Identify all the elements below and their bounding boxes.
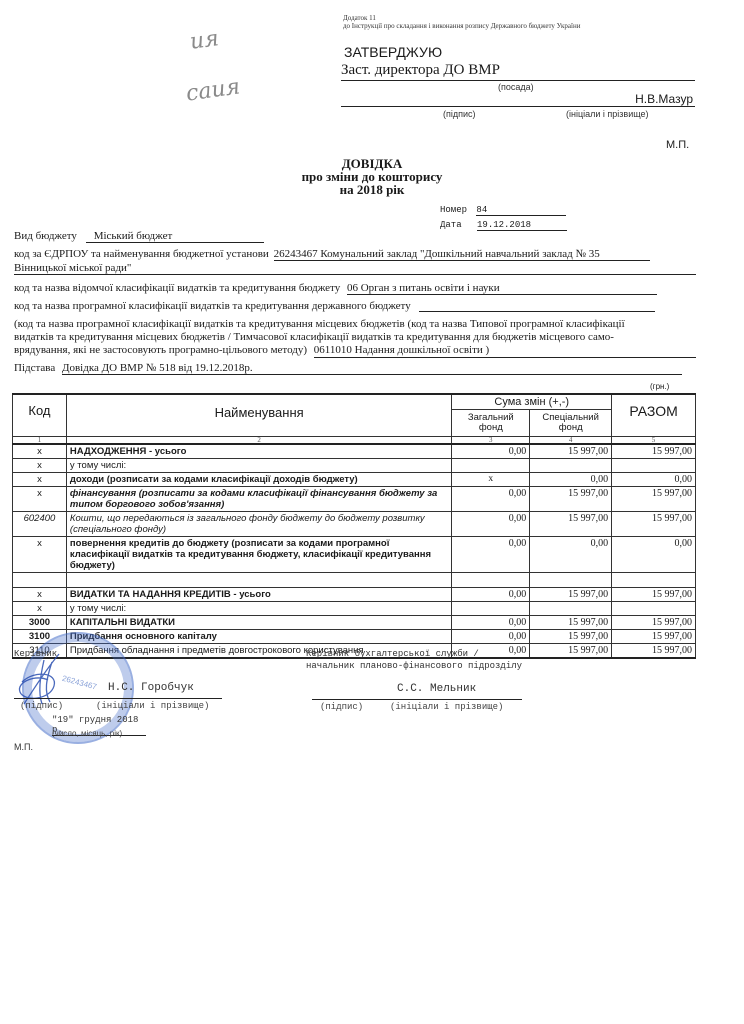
- row-special-fund: 15 997,00: [530, 444, 612, 459]
- budget-type-label: Вид бюджету: [14, 230, 77, 242]
- edrpou-field: код за ЄДРПОУ та найменування бюджетної …: [14, 248, 696, 261]
- seal-label: М.П.: [14, 742, 33, 752]
- name-caption: (ініціали і прізвище): [390, 702, 503, 712]
- row-general-fund: [452, 602, 530, 616]
- table-row: хНАДХОДЖЕННЯ - усього0,0015 997,0015 997…: [13, 444, 696, 459]
- table-row: хповернення кредитів до бюджету (розписа…: [13, 537, 696, 573]
- row-total: 15 997,00: [612, 512, 696, 537]
- row-name: НАДХОДЖЕННЯ - усього: [66, 444, 451, 459]
- row-name: Придбання основного капіталу: [66, 630, 451, 644]
- table-row: ху тому числі:: [13, 459, 696, 473]
- table-row: хдоходи (розписати за кодами класифікаці…: [13, 473, 696, 487]
- head-signature-line: Н.С. Горобчук: [14, 685, 222, 699]
- row-general-fund: 0,00: [452, 444, 530, 459]
- row-special-fund: 15 997,00: [530, 588, 612, 602]
- approval-position: Заст. директора ДО ВМР: [341, 62, 695, 81]
- accountant-label-line: Керівник бухгалтерської служби /: [306, 648, 522, 660]
- handwritten-note: саия: [185, 74, 242, 106]
- row-code: х: [13, 588, 67, 602]
- table-row: 602400Кошти, що передаються із загальног…: [13, 512, 696, 537]
- row-special-fund: [530, 573, 612, 588]
- local-prog-text: (код та назва програмної класифікації ви…: [14, 318, 698, 331]
- row-name: КАПІТАЛЬНІ ВИДАТКИ: [66, 616, 451, 630]
- basis-label: Підстава: [14, 362, 55, 374]
- row-special-fund: 15 997,00: [530, 630, 612, 644]
- seal-label: М.П.: [666, 139, 689, 151]
- table-row: ху тому числі:: [13, 602, 696, 616]
- signature-caption: (підпис): [443, 109, 476, 119]
- column-number: 2: [66, 437, 451, 445]
- basis-value: Довідка ДО ВМР № 518 від 19.12.2018р.: [62, 362, 682, 375]
- currency-note: (грн.): [650, 382, 669, 391]
- appendix-line: Додаток 11: [343, 14, 580, 22]
- row-general-fund: [452, 573, 530, 588]
- row-code: [13, 573, 67, 588]
- header-sum-changes: Сума змін (+,-): [452, 394, 612, 410]
- edrpou-value: 26243467 Комунальний заклад "Дошкільний …: [274, 248, 650, 261]
- accountant-label-line: начальник планово-фінансового підрозділу: [306, 660, 522, 672]
- number-label: Номер: [440, 205, 467, 215]
- position-caption: (посада): [498, 82, 534, 92]
- row-code: х: [13, 444, 67, 459]
- handwritten-note: ия: [188, 26, 220, 55]
- local-prog-value: 0611010 Надання дошкільної освіти ): [314, 344, 696, 358]
- column-number: 3: [452, 437, 530, 445]
- document-title: ДОВІДКА про зміни до кошторису на 2018 р…: [0, 157, 744, 196]
- budget-type-value: Міський бюджет: [86, 230, 264, 243]
- approval-signature-line: Н.В.Мазур: [341, 93, 695, 107]
- local-prog-line3: врядування, які не застосовують програмн…: [14, 344, 698, 358]
- row-total: 15 997,00: [612, 644, 696, 659]
- table-row: хфінансування (розписати за кодами класи…: [13, 487, 696, 512]
- head-label: Керівник: [14, 649, 57, 659]
- column-number-row: 1 2 3 4 5: [13, 437, 696, 445]
- row-name: Кошти, що передаються із загального фонд…: [66, 512, 451, 537]
- row-general-fund: [452, 459, 530, 473]
- row-special-fund: 0,00: [530, 537, 612, 573]
- row-special-fund: 15 997,00: [530, 512, 612, 537]
- header-total: РАЗОМ: [612, 394, 696, 437]
- row-special-fund: [530, 459, 612, 473]
- row-total: [612, 602, 696, 616]
- row-code: х: [13, 473, 67, 487]
- signature-caption: (підпис): [320, 702, 363, 712]
- row-code: х: [13, 537, 67, 573]
- state-prog-value: [419, 299, 655, 312]
- row-name: у тому числі:: [66, 602, 451, 616]
- row-total: 0,00: [612, 473, 696, 487]
- approver-name: Н.В.Мазур: [635, 92, 693, 106]
- row-total: [612, 573, 696, 588]
- title-line: на 2018 рік: [0, 183, 744, 196]
- column-number: 4: [530, 437, 612, 445]
- row-special-fund: 15 997,00: [530, 616, 612, 630]
- signature-scribble-icon: [14, 652, 74, 708]
- edrpou-value-cont: Вінницької міської ради": [14, 262, 696, 275]
- column-number: 5: [612, 437, 696, 445]
- accountant-signature-line: С.С. Мельник: [312, 686, 522, 700]
- number-value: 84: [476, 205, 566, 216]
- date-label: Дата: [440, 220, 462, 230]
- date-value: 19.12.2018: [477, 220, 567, 231]
- state-prog-label: код та назва програмної класифікації вид…: [14, 300, 411, 312]
- row-general-fund: 0,00: [452, 487, 530, 512]
- appendix-line: до Інструкції про складання і виконання …: [343, 22, 580, 30]
- header-name: Найменування: [66, 394, 451, 437]
- document-number: Номер 84: [440, 205, 566, 216]
- table-row: 3100Придбання основного капіталу0,0015 9…: [13, 630, 696, 644]
- column-number: 1: [13, 437, 67, 445]
- header-general-fund: Загальний фонд: [452, 410, 530, 437]
- row-total: 15 997,00: [612, 616, 696, 630]
- row-name: ВИДАТКИ ТА НАДАННЯ КРЕДИТІВ - усього: [66, 588, 451, 602]
- row-code: 602400: [13, 512, 67, 537]
- accountant-name: С.С. Мельник: [397, 683, 476, 695]
- dept-class-value: 06 Орган з питань освіти і науки: [347, 282, 657, 295]
- budget-changes-table: Код Найменування Сума змін (+,-) РАЗОМ З…: [12, 393, 696, 659]
- approval-heading: ЗАТВЕРДЖУЮ: [344, 44, 442, 60]
- row-general-fund: х: [452, 473, 530, 487]
- table-row: [13, 573, 696, 588]
- row-name: доходи (розписати за кодами класифікації…: [66, 473, 451, 487]
- row-total: 15 997,00: [612, 487, 696, 512]
- row-total: 0,00: [612, 537, 696, 573]
- row-special-fund: 15 997,00: [530, 644, 612, 659]
- local-prog-text: врядування, які не застосовують програмн…: [14, 344, 307, 356]
- local-prog-field: (код та назва програмної класифікації ви…: [14, 318, 698, 358]
- name-caption: (ініціали і прізвище): [96, 701, 209, 711]
- row-total: [612, 459, 696, 473]
- row-total: 15 997,00: [612, 588, 696, 602]
- row-general-fund: 0,00: [452, 630, 530, 644]
- basis-field: Підстава Довідка ДО ВМР № 518 від 19.12.…: [14, 362, 696, 375]
- table-body: хНАДХОДЖЕННЯ - усього0,0015 997,0015 997…: [13, 444, 696, 658]
- row-name: [66, 573, 451, 588]
- edrpou-label: код за ЄДРПОУ та найменування бюджетної …: [14, 248, 269, 260]
- row-special-fund: 15 997,00: [530, 487, 612, 512]
- row-code: х: [13, 602, 67, 616]
- accountant-label: Керівник бухгалтерської служби / начальн…: [306, 648, 522, 672]
- head-name: Н.С. Горобчук: [108, 682, 194, 694]
- row-name: у тому числі:: [66, 459, 451, 473]
- row-code: х: [13, 459, 67, 473]
- table-row: 3000КАПІТАЛЬНІ ВИДАТКИ0,0015 997,0015 99…: [13, 616, 696, 630]
- appendix-reference: Додаток 11 до Інструкції про складання і…: [343, 14, 580, 30]
- name-caption: (ініціали і прізвище): [566, 109, 649, 119]
- row-total: 15 997,00: [612, 444, 696, 459]
- row-code: 3000: [13, 616, 67, 630]
- table-row: хВИДАТКИ ТА НАДАННЯ КРЕДИТІВ - усього0,0…: [13, 588, 696, 602]
- header-code: Код: [13, 394, 67, 437]
- budget-type-field: Вид бюджету Міський бюджет: [14, 230, 264, 243]
- row-name: повернення кредитів до бюджету (розписат…: [66, 537, 451, 573]
- row-code: х: [13, 487, 67, 512]
- date-caption: (число, місяць, рік): [52, 729, 122, 738]
- table-header-row: Код Найменування Сума змін (+,-) РАЗОМ: [13, 394, 696, 410]
- row-total: 15 997,00: [612, 630, 696, 644]
- row-general-fund: 0,00: [452, 512, 530, 537]
- row-general-fund: 0,00: [452, 537, 530, 573]
- document-date: Дата 19.12.2018: [440, 220, 567, 231]
- row-name: фінансування (розписати за кодами класиф…: [66, 487, 451, 512]
- local-prog-text: видатків та кредитування місцевих бюджет…: [14, 331, 698, 344]
- row-special-fund: [530, 602, 612, 616]
- dept-class-field: код та назва відомчої класифікації видат…: [14, 282, 696, 295]
- dept-class-label: код та назва відомчої класифікації видат…: [14, 282, 340, 294]
- state-prog-field: код та назва програмної класифікації вид…: [14, 299, 696, 312]
- header-special-fund: Спеціальний фонд: [530, 410, 612, 437]
- row-special-fund: 0,00: [530, 473, 612, 487]
- row-general-fund: 0,00: [452, 588, 530, 602]
- row-general-fund: 0,00: [452, 616, 530, 630]
- signature-caption: (підпис): [20, 701, 63, 711]
